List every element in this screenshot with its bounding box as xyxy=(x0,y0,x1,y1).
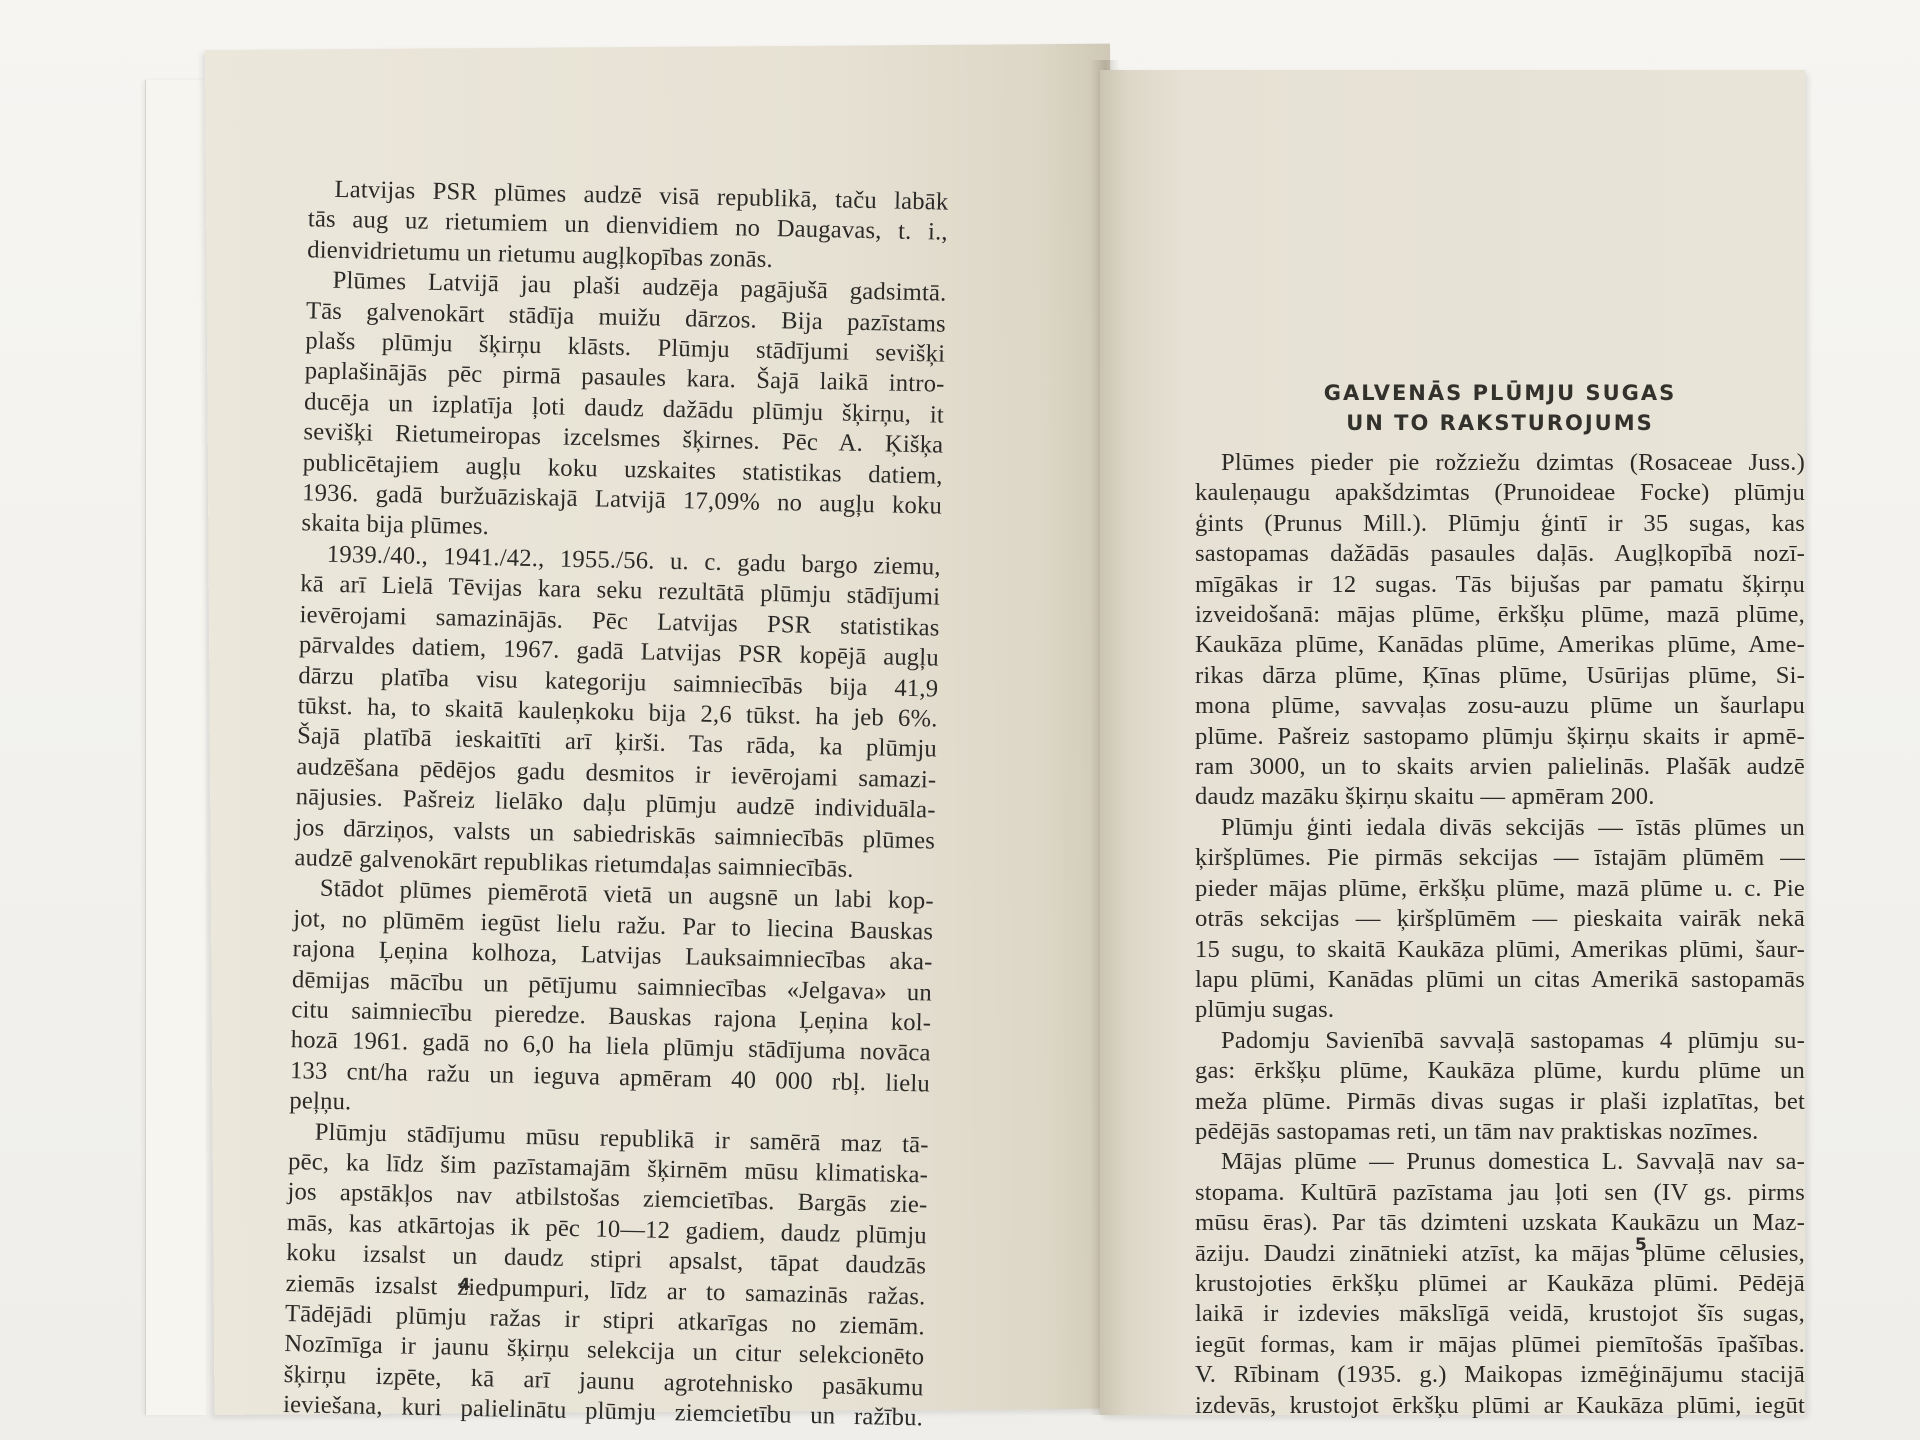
heading-line-2: UN TO RAKSTUROJUMS xyxy=(1195,408,1805,438)
left-page: Latvijas PSR plūmes audzē visā republikā… xyxy=(205,44,1120,1415)
text-line: Padomju Savienībā savvaļā sastopamas 4 p… xyxy=(1195,1026,1805,1056)
text-line: daudz mazāku šķirņu skaitu — apmēram 200… xyxy=(1195,782,1805,812)
text-line: mona plūme, savvaļas zosu-auzu plūme un … xyxy=(1195,691,1805,721)
paragraph-taxonomy: Plūmes pieder pie rožziežu dzimtas (Rosa… xyxy=(1195,448,1805,813)
paragraph-wild-species: Padomju Savienībā savvaļā sastopamas 4 p… xyxy=(1195,1026,1805,1148)
text-line: Kaukāza plūme, Kanādas plūme, Amerikas p… xyxy=(1195,630,1805,660)
text-line: izveidošanā: mājas plūme, ērkšķu plūme, … xyxy=(1195,600,1805,630)
paragraph-sections: Plūmju ģinti iedala divās sekcijās — īst… xyxy=(1195,813,1805,1026)
paragraph-winters: 1939./40., 1941./42., 1955./56. u. c. ga… xyxy=(294,539,941,887)
text-line: iegūt formas, kam ir mājas plūmei piemīt… xyxy=(1195,1330,1805,1360)
text-line: pieder mājas plūme, ērkšķu plūme, mazā p… xyxy=(1195,874,1805,904)
heading-line-1: GALVENĀS PLŪMJU SUGAS xyxy=(1195,378,1805,408)
paragraph-intro: Latvijas PSR plūmes audzē visā republikā… xyxy=(307,174,949,279)
text-line: Plūmju ģinti iedala divās sekcijās — īst… xyxy=(1195,813,1805,843)
text-line: ģints (Prunus Mill.). Plūmju ģintī ir 35… xyxy=(1195,509,1805,539)
text-line: mūsu ēras). Par tās dzimteni uzskata Kau… xyxy=(1195,1208,1805,1238)
open-book: Latvijas PSR plūmes audzē visā republikā… xyxy=(145,30,1810,1420)
book-cover-edge xyxy=(145,80,206,1415)
text-line: Plūmes pieder pie rožziežu dzimtas (Rosa… xyxy=(1195,448,1805,478)
text-line: otrās sekcijas — ķiršplūmēm — pieskaita … xyxy=(1195,904,1805,934)
text-line: laikā ir izdevies mākslīgā veidā, krusto… xyxy=(1195,1299,1805,1329)
paragraph-history: Plūmes Latvijā jau plaši audzēja pagājuš… xyxy=(301,265,947,552)
text-line: gas: ērkšķu plūme, Kaukāza plūme, kurdu … xyxy=(1195,1056,1805,1086)
text-line: lapu plūmi, Kanādas plūmi un citas Ameri… xyxy=(1195,965,1805,995)
page-number-left: 4 xyxy=(459,1275,471,1295)
text-line: rikas dārza plūme, Ķīnas plūme, Usūrijas… xyxy=(1195,661,1805,691)
section-heading: GALVENĀS PLŪMJU SUGAS UN TO RAKSTUROJUMS xyxy=(1195,378,1805,438)
text-line: 15 sugu, to skaitā Kaukāza plūmi, Amerik… xyxy=(1195,935,1805,965)
text-line: izdevās, krustojot ērkšķu plūmi ar Kaukā… xyxy=(1195,1391,1805,1421)
text-line: ķiršplūmes. Pie pirmās sekcijas — īstajā… xyxy=(1195,843,1805,873)
paragraph-domestic-plum: Mājas plūme — Prunus domestica L. Savvaļ… xyxy=(1195,1147,1805,1421)
right-page: GALVENĀS PLŪMJU SUGAS UN TO RAKSTUROJUMS… xyxy=(1100,70,1805,1415)
text-line: V. Rībinam (1935. g.) Maikopas izmēģināj… xyxy=(1195,1360,1805,1390)
paragraph-yield: Stādot plūmes piemērotā vietā un augsnē … xyxy=(289,873,934,1130)
text-line: plūme. Pašreiz sastopamo plūmju šķirņu s… xyxy=(1195,722,1805,752)
text-line: ram 3000, un to skaits arvien palielinās… xyxy=(1195,752,1805,782)
text-line: meža plūme. Pirmās divas sugas ir plaši … xyxy=(1195,1087,1805,1117)
paragraph-hardiness: Plūmju stādījumu mūsu republikā ir samēr… xyxy=(283,1117,929,1434)
text-line: stopama. Kultūrā pazīstama jau ļoti sen … xyxy=(1195,1178,1805,1208)
left-page-body: Latvijas PSR plūmes audzē visā republikā… xyxy=(283,174,949,1434)
text-line: Mājas plūme — Prunus domestica L. Savvaļ… xyxy=(1195,1147,1805,1177)
text-line: āziju. Daudzi zinātnieki atzīst, ka māja… xyxy=(1195,1239,1805,1269)
right-page-body: Plūmes pieder pie rožziežu dzimtas (Rosa… xyxy=(1195,448,1805,1421)
text-line: kauleņaugu apakšdzimtas (Prunoideae Fock… xyxy=(1195,478,1805,508)
text-line: sastopamas dažādās pasaules daļās. Augļk… xyxy=(1195,539,1805,569)
text-line: pēdējās sastopamas reti, un tām nav prak… xyxy=(1195,1117,1805,1147)
text-line: krustojoties ērkšķu plūmei ar Kaukāza pl… xyxy=(1195,1269,1805,1299)
page-number-right: 5 xyxy=(1635,1235,1647,1255)
text-line: mīgākas ir 12 sugas. Tās bijušas par pam… xyxy=(1195,570,1805,600)
text-line: plūmju sugas. xyxy=(1195,995,1805,1025)
